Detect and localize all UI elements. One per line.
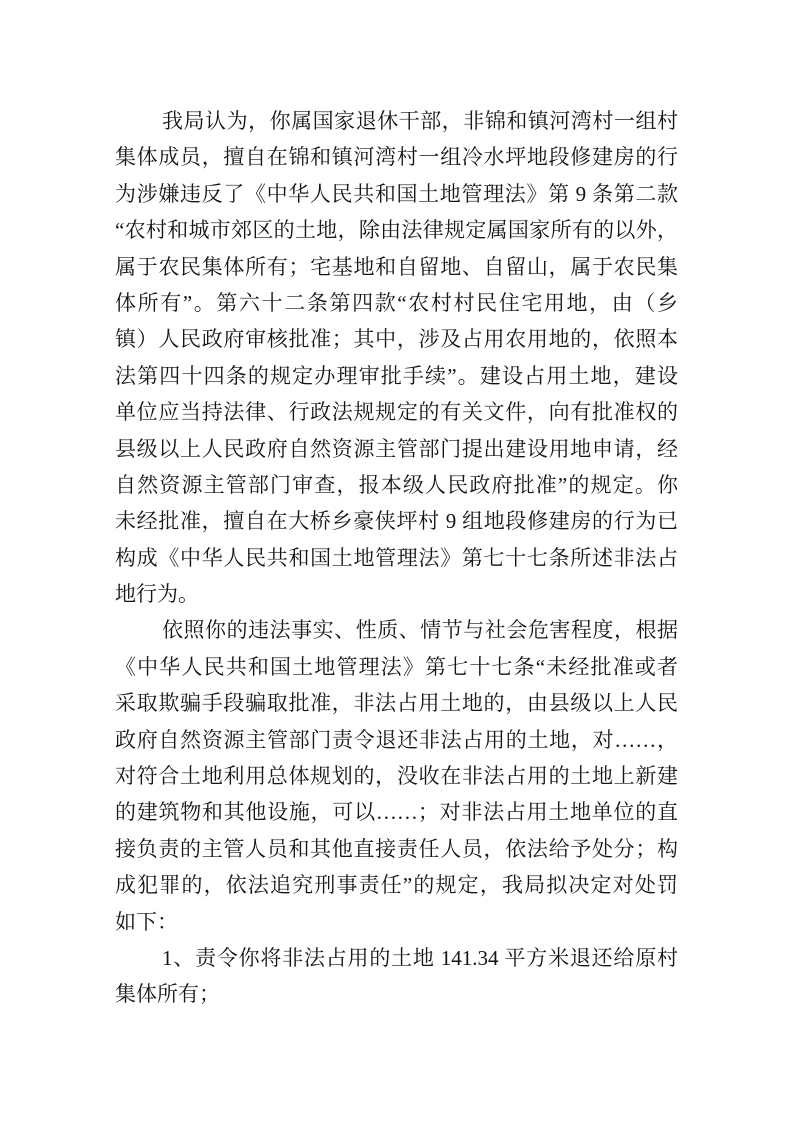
text-line: 成犯罪的，依法追究刑事责任”的规定，我局拟决定对处罚	[115, 867, 678, 903]
document-page: 我局认为，你属国家退休干部，非锦和镇河湾村一组村集体成员，擅自在锦和镇河湾村一组…	[0, 0, 793, 1122]
text-line: 法第四十四条的规定办理审批手续”。建设占用土地，建设	[115, 358, 678, 394]
text-line: 采取欺骗手段骗取批准，非法占用土地的，由县级以上人民	[115, 685, 678, 721]
text-line: 对符合土地利用总体规划的，没收在非法占用的土地上新建	[115, 758, 678, 794]
text-line: 地行为。	[115, 576, 678, 612]
text-line: 集体所有；	[115, 976, 678, 1012]
text-line: 镇）人民政府审核批准；其中，涉及占用农用地的，依照本	[115, 321, 678, 357]
text-line: 我局认为，你属国家退休干部，非锦和镇河湾村一组村	[115, 103, 678, 139]
text-line: 县级以上人民政府自然资源主管部门提出建设用地申请，经	[115, 431, 678, 467]
text-line: 构成《中华人民共和国土地管理法》第七十七条所述非法占	[115, 540, 678, 576]
text-line: 依照你的违法事实、性质、情节与社会危害程度，根据	[115, 612, 678, 648]
text-line: 《中华人民共和国土地管理法》第七十七条“未经批准或者	[115, 649, 678, 685]
text-line: “农村和城市郊区的土地，除由法律规定属国家所有的以外，	[115, 212, 678, 248]
text-line: 未经批准，擅自在大桥乡豪侠坪村 9 组地段修建房的行为已	[115, 503, 678, 539]
text-line: 单位应当持法律、行政法规规定的有关文件，向有批准权的	[115, 394, 678, 430]
text-line: 接负责的主管人员和其他直接责任人员，依法给予处分；构	[115, 831, 678, 867]
text-line: 为涉嫌违反了《中华人民共和国土地管理法》第 9 条第二款	[115, 176, 678, 212]
text-line: 属于农民集体所有；宅基地和自留地、自留山，属于农民集	[115, 249, 678, 285]
text-line: 自然资源主管部门审查，报本级人民政府批准”的规定。你	[115, 467, 678, 503]
text-line: 政府自然资源主管部门责令退还非法占用的土地，对……，	[115, 722, 678, 758]
text-line: 集体成员，擅自在锦和镇河湾村一组冷水坪地段修建房的行	[115, 139, 678, 175]
text-line: 如下：	[115, 904, 678, 940]
document-body: 我局认为，你属国家退休干部，非锦和镇河湾村一组村集体成员，擅自在锦和镇河湾村一组…	[115, 103, 678, 1013]
text-line: 的建筑物和其他设施，可以……；对非法占用土地单位的直	[115, 794, 678, 830]
text-line: 1、责令你将非法占用的土地 141.34 平方米退还给原村	[115, 940, 678, 976]
text-line: 体所有”。第六十二条第四款“农村村民住宅用地，由（乡	[115, 285, 678, 321]
